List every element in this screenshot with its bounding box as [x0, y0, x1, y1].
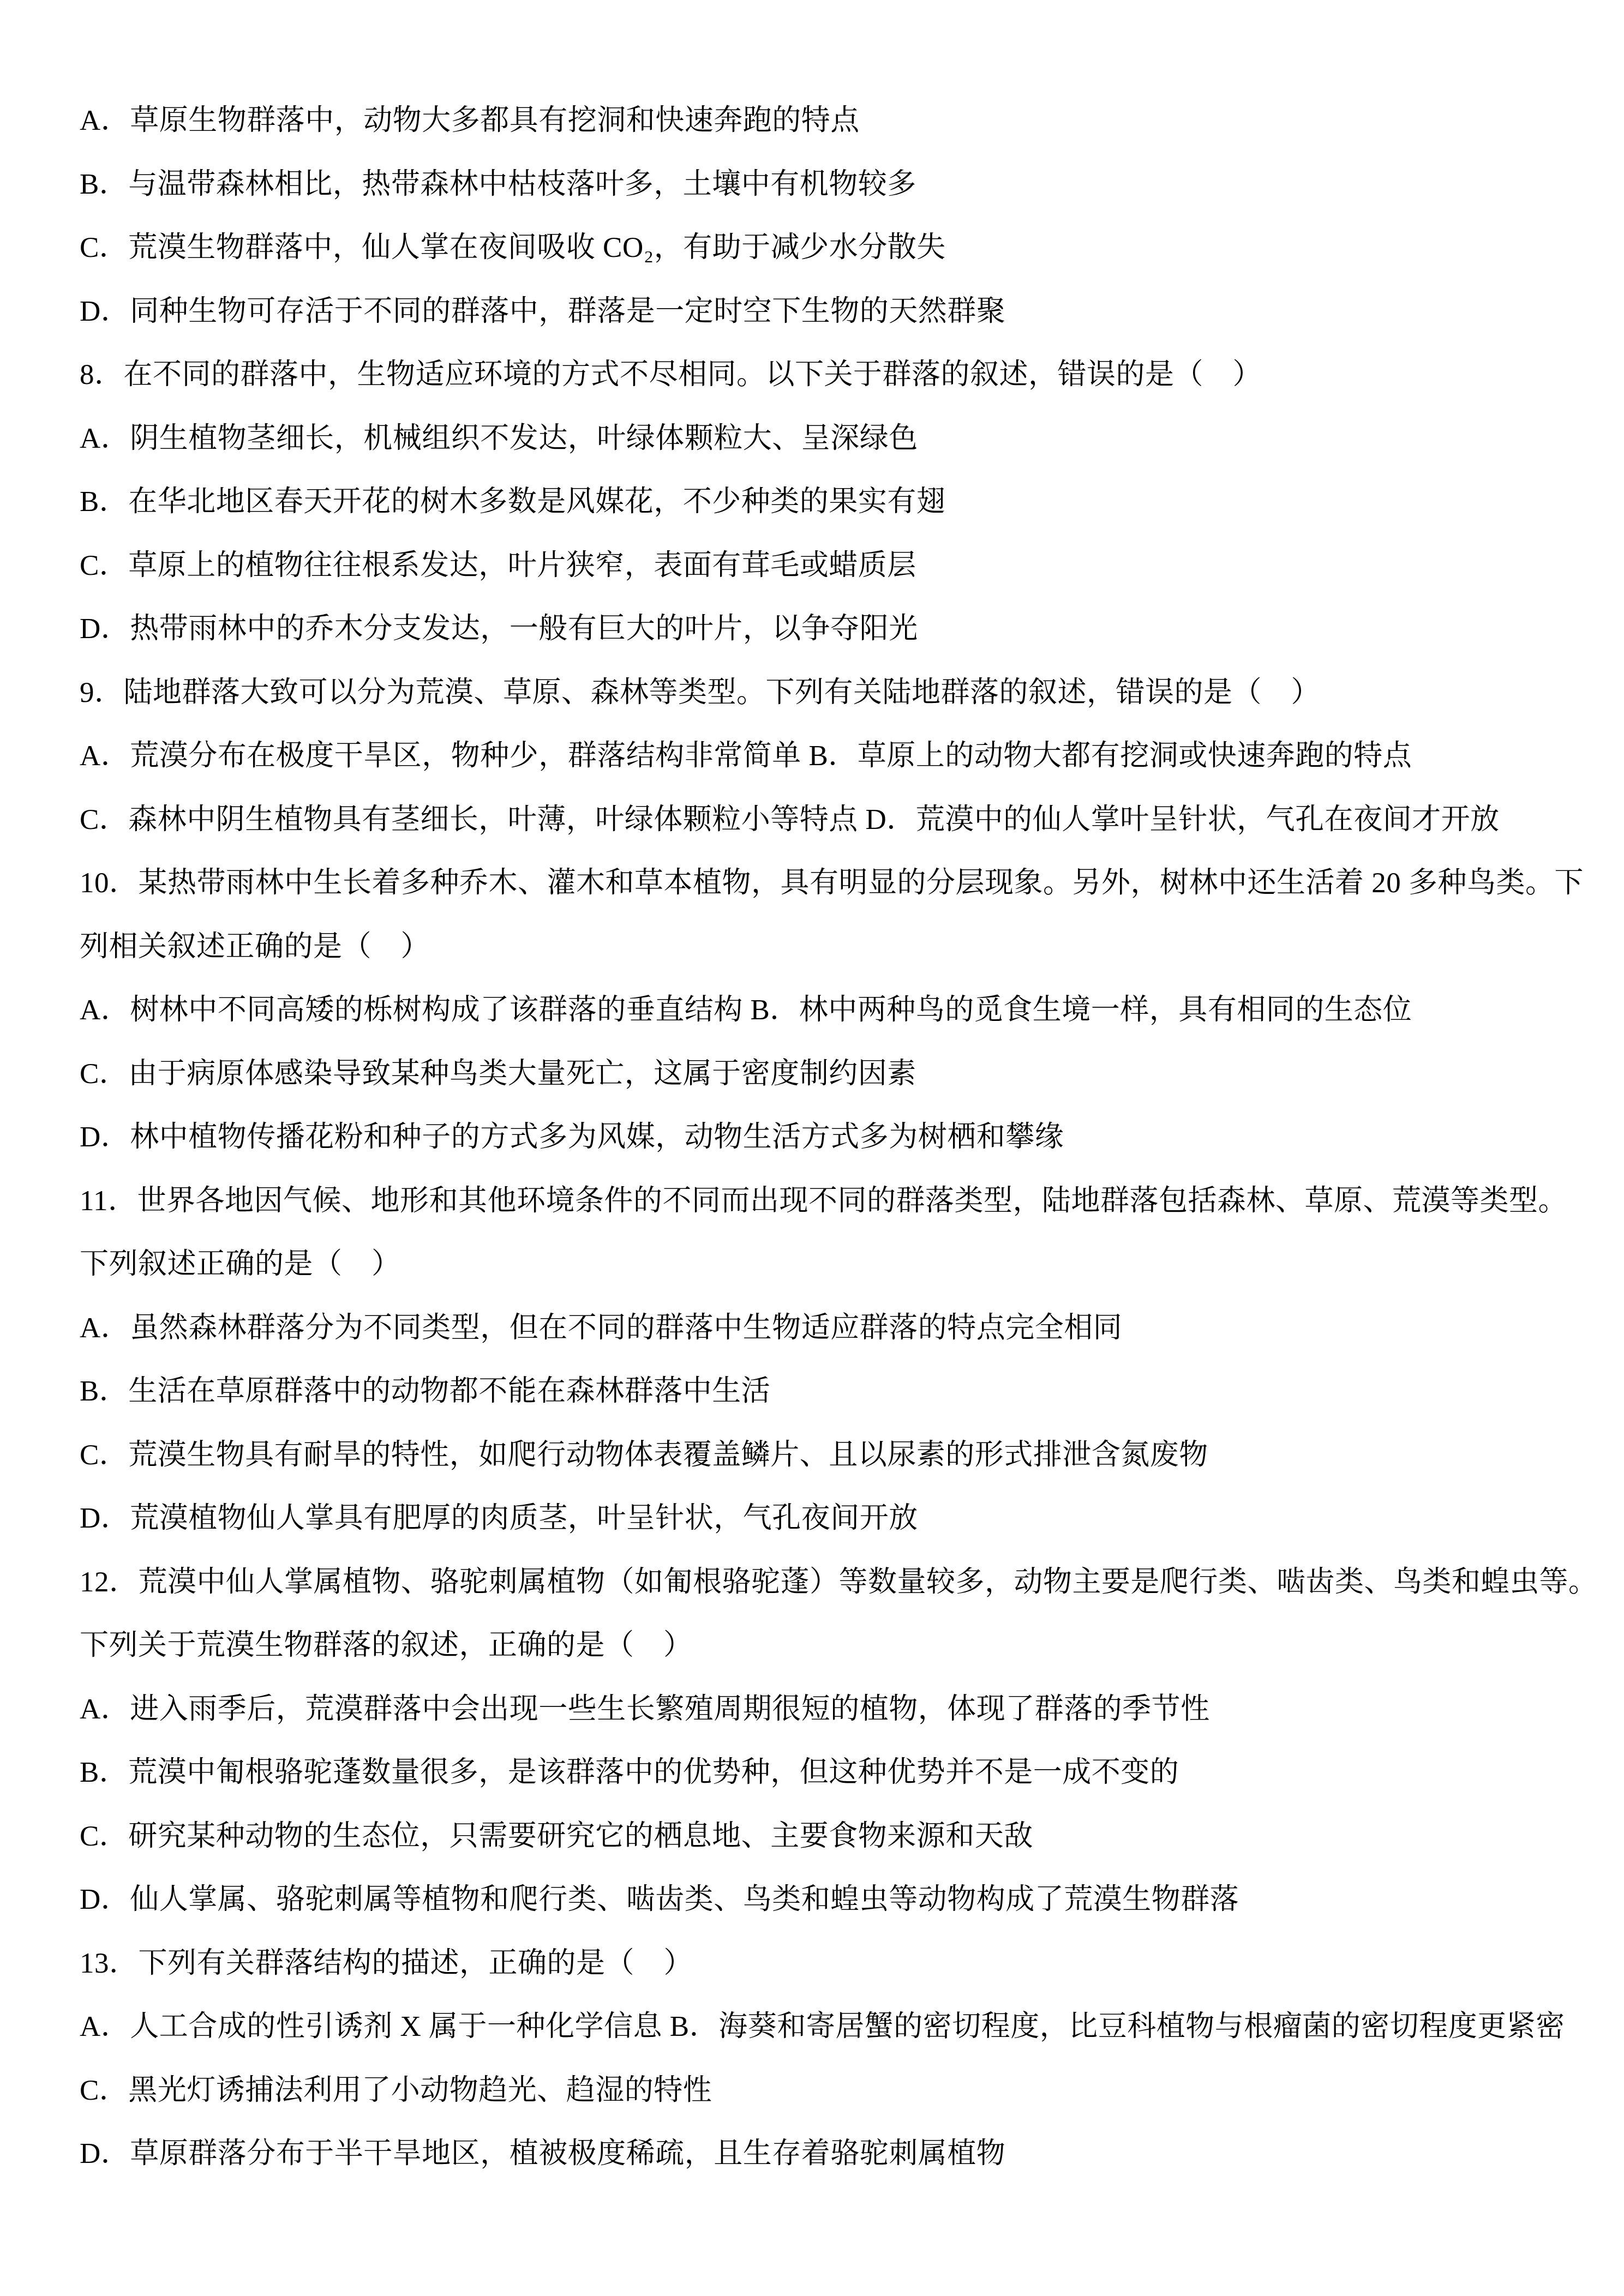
option-line-q11-d: D．荒漠植物仙人掌具有肥厚的肉质茎，叶呈针状，气孔夜间开放	[80, 1487, 1597, 1550]
option-line-q7-c: C．荒漠生物群落中，仙人掌在夜间吸收 CO₂，有助于减少水分散失	[80, 216, 1597, 280]
option-line-q12-a: A．进入雨季后，荒漠群落中会出现一些生长繁殖周期很短的植物，体现了群落的季节性	[80, 1678, 1597, 1741]
question-line-9: 9．陆地群落大致可以分为荒漠、草原、森林等类型。下列有关陆地群落的叙述，错误的是…	[80, 661, 1597, 725]
exam-page: A．草原生物群落中，动物大多都具有挖洞和快速奔跑的特点 B．与温带森林相比，热带…	[80, 89, 1597, 2186]
option-line-q8-c: C．草原上的植物往往根系发达，叶片狭窄，表面有茸毛或蜡质层	[80, 534, 1597, 598]
question-line-12: 12．荒漠中仙人掌属植物、骆驼刺属植物（如匍根骆驼蓬）等数量较多，动物主要是爬行…	[80, 1550, 1597, 1614]
question-line-11: 11．世界各地因气候、地形和其他环境条件的不同而出现不同的群落类型，陆地群落包括…	[80, 1169, 1597, 1233]
option-line-q7-a: A．草原生物群落中，动物大多都具有挖洞和快速奔跑的特点	[80, 89, 1597, 153]
option-line-q13-d: D．草原群落分布于半干旱地区，植被极度稀疏，且生存着骆驼刺属植物	[80, 2122, 1597, 2186]
question-line-12-cont: 下列关于荒漠生物群落的叙述，正确的是（ ）	[80, 1614, 1597, 1678]
question-line-8: 8．在不同的群落中，生物适应环境的方式不尽相同。以下关于群落的叙述，错误的是（ …	[80, 343, 1597, 407]
option-line-q10-ab: A．树林中不同高矮的栎树构成了该群落的垂直结构 B．林中两种鸟的觅食生境一样，具…	[80, 978, 1597, 1042]
option-line-q10-d: D．林中植物传播花粉和种子的方式多为风媒，动物生活方式多为树栖和攀缘	[80, 1105, 1597, 1169]
option-line-q12-b: B．荒漠中匍根骆驼蓬数量很多，是该群落中的优势种，但这种优势并不是一成不变的	[80, 1741, 1597, 1805]
option-line-q11-b: B．生活在草原群落中的动物都不能在森林群落中生活	[80, 1360, 1597, 1423]
option-line-q7-d: D．同种生物可存活于不同的群落中，群落是一定时空下生物的天然群聚	[80, 280, 1597, 344]
option-line-q13-ab: A．人工合成的性引诱剂 X 属于一种化学信息 B．海葵和寄居蟹的密切程度，比豆科…	[80, 1995, 1597, 2059]
option-line-q13-c: C．黑光灯诱捕法利用了小动物趋光、趋湿的特性	[80, 2059, 1597, 2123]
question-line-11-cont: 下列叙述正确的是（ ）	[80, 1233, 1597, 1296]
option-line-q7-b: B．与温带森林相比，热带森林中枯枝落叶多，土壤中有机物较多	[80, 153, 1597, 217]
option-line-q12-d: D．仙人掌属、骆驼刺属等植物和爬行类、啮齿类、鸟类和蝗虫等动物构成了荒漠生物群落	[80, 1868, 1597, 1932]
question-line-13: 13．下列有关群落结构的描述，正确的是（ ）	[80, 1932, 1597, 1996]
option-line-q10-c: C．由于病原体感染导致某种鸟类大量死亡，这属于密度制约因素	[80, 1042, 1597, 1106]
option-line-q11-c: C．荒漠生物具有耐旱的特性，如爬行动物体表覆盖鳞片、且以尿素的形式排泄含氮废物	[80, 1423, 1597, 1487]
question-line-10: 10．某热带雨林中生长着多种乔木、灌木和草本植物，具有明显的分层现象。另外，树林…	[80, 851, 1597, 915]
option-line-q11-a: A．虽然森林群落分为不同类型，但在不同的群落中生物适应群落的特点完全相同	[80, 1296, 1597, 1360]
option-line-q12-c: C．研究某种动物的生态位，只需要研究它的栖息地、主要食物来源和天敌	[80, 1805, 1597, 1868]
option-line-q8-b: B．在华北地区春天开花的树木多数是风媒花，不少种类的果实有翅	[80, 470, 1597, 534]
option-line-q9-ab: A．荒漠分布在极度干旱区，物种少，群落结构非常简单 B．草原上的动物大都有挖洞或…	[80, 724, 1597, 788]
option-line-q8-d: D．热带雨林中的乔木分支发达，一般有巨大的叶片，以争夺阳光	[80, 597, 1597, 661]
option-line-q8-a: A．阴生植物茎细长，机械组织不发达，叶绿体颗粒大、呈深绿色	[80, 407, 1597, 471]
question-line-10-cont: 列相关叙述正确的是（ ）	[80, 915, 1597, 979]
option-line-q9-cd: C．森林中阴生植物具有茎细长，叶薄，叶绿体颗粒小等特点 D．荒漠中的仙人掌叶呈针…	[80, 788, 1597, 852]
